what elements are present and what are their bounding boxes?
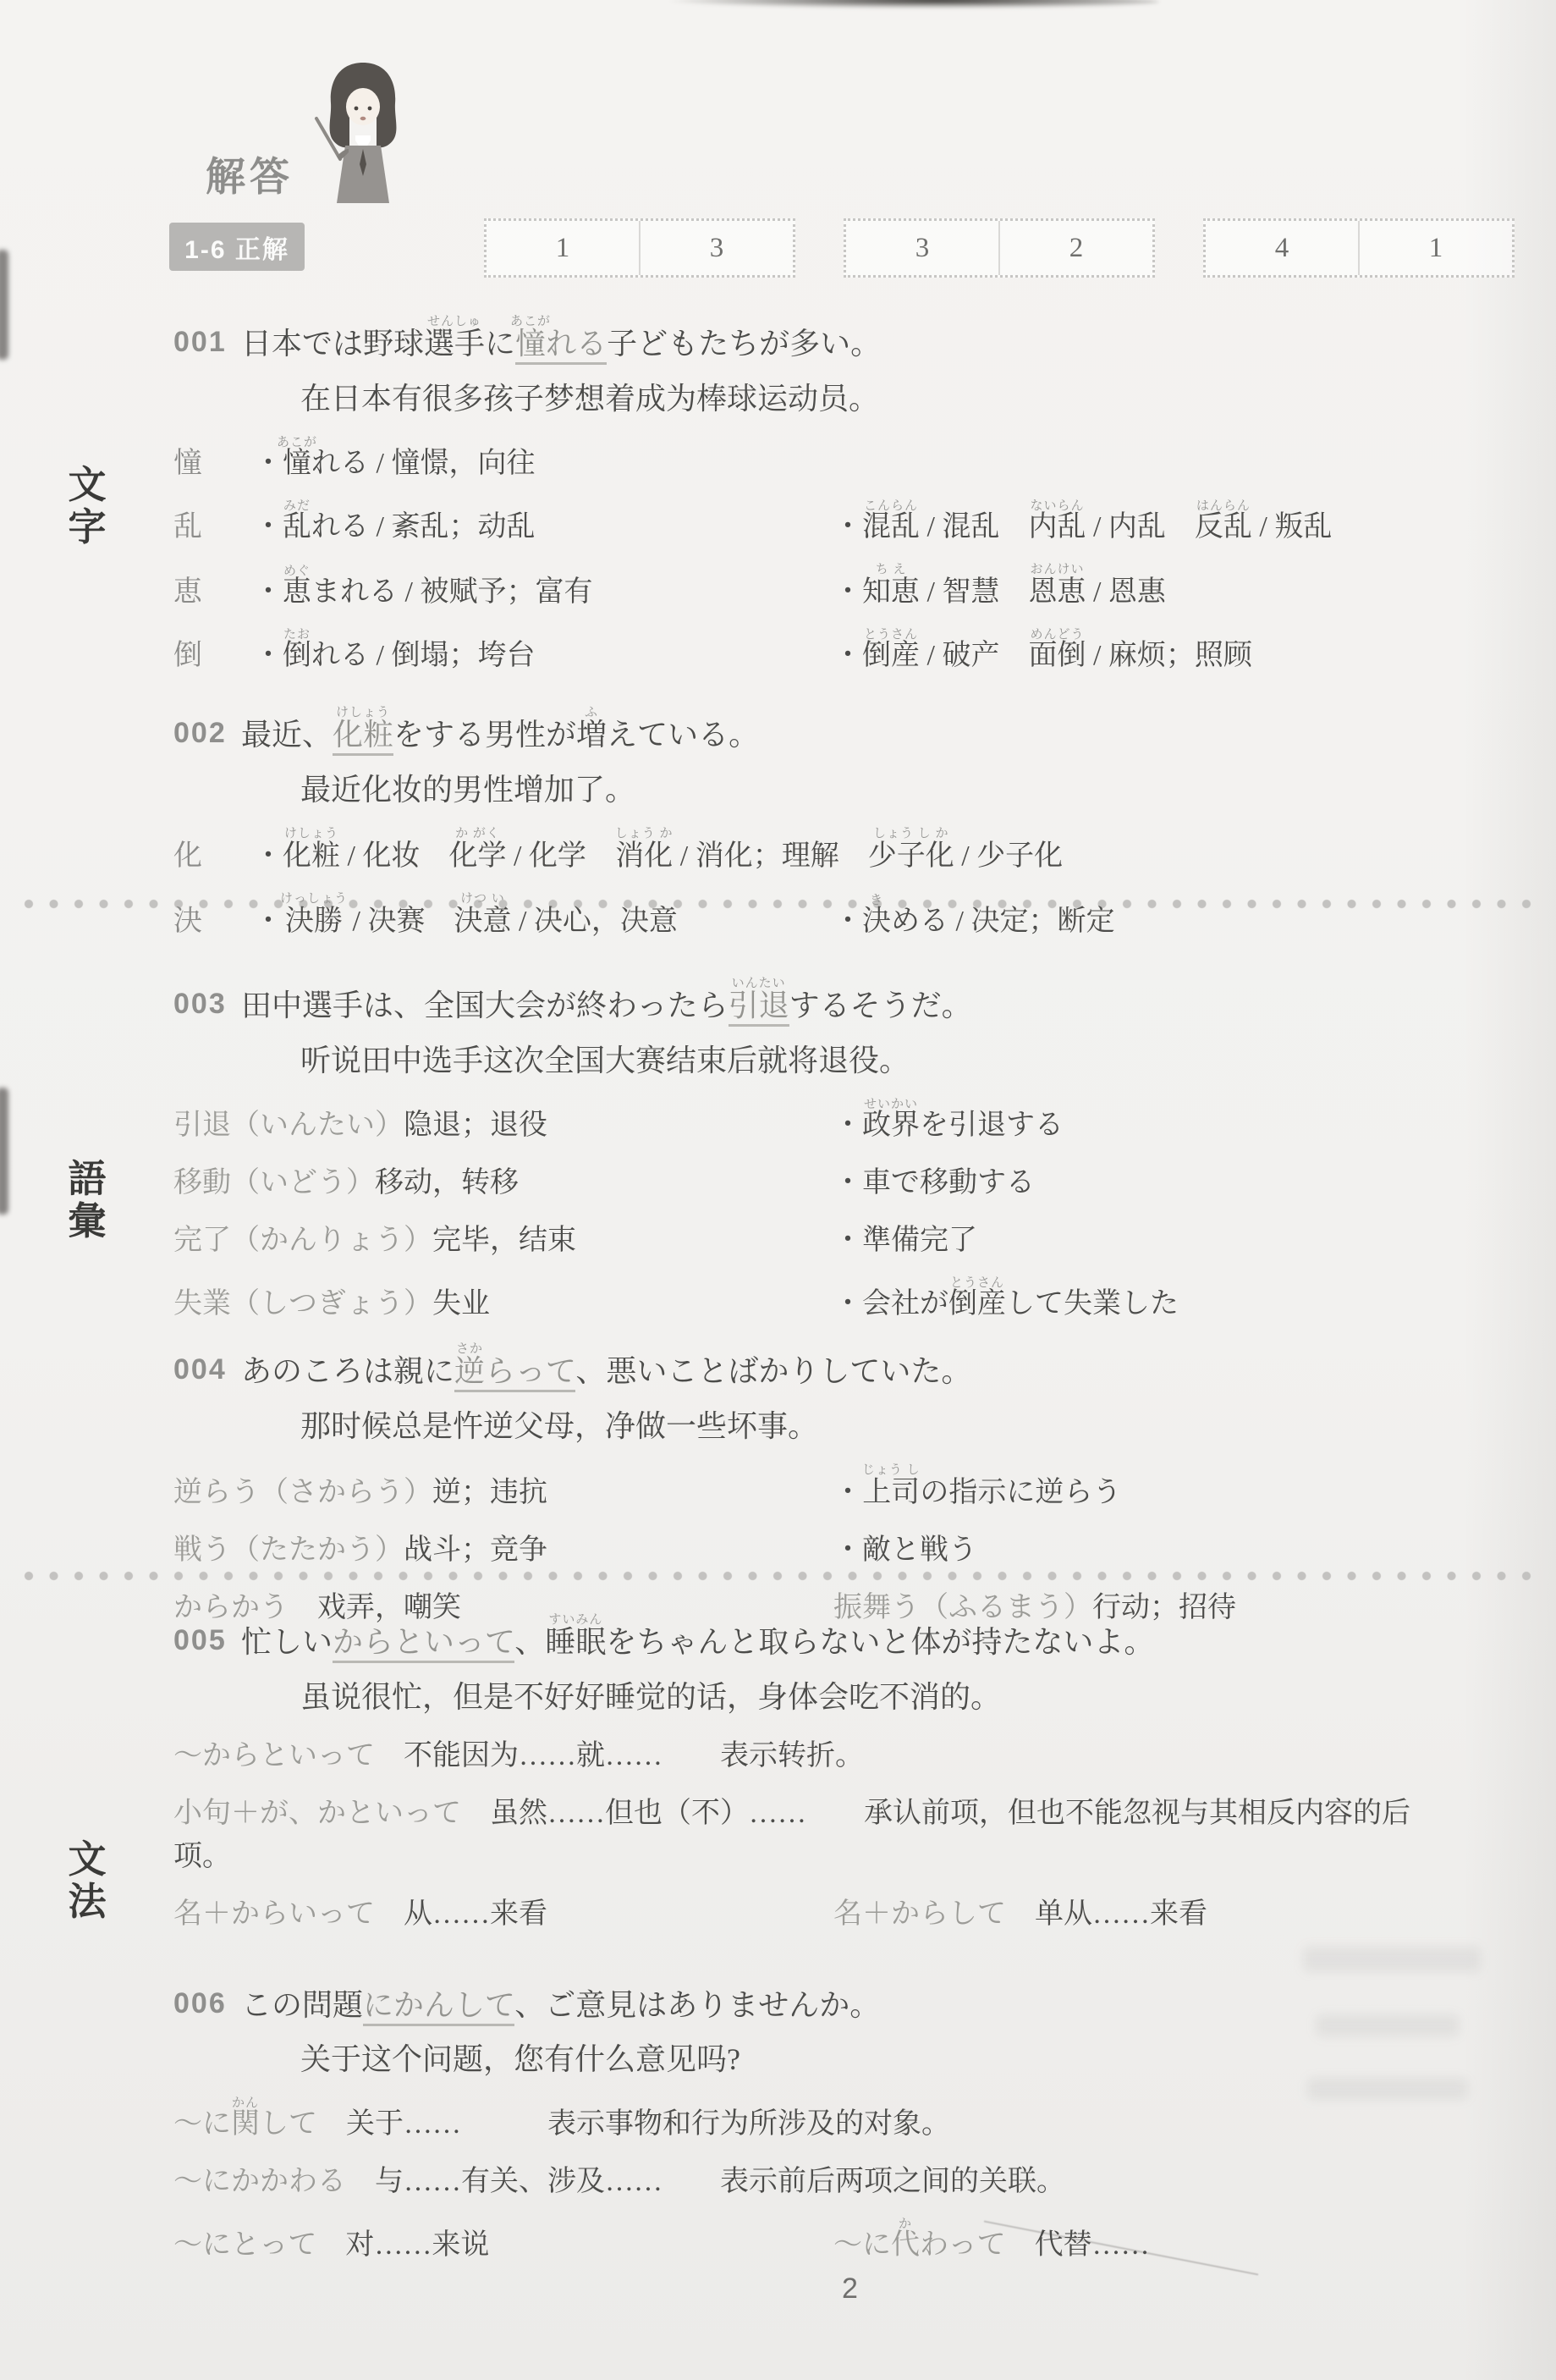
ruby-base: 面倒	[1028, 640, 1086, 671]
kanji-label: 恵	[173, 570, 254, 614]
ruby-term: 化粧けしょう	[283, 840, 340, 872]
furigana: おんけい	[1028, 563, 1086, 576]
text-segment: ～からといって	[173, 1740, 375, 1771]
side-tab-char: 文	[64, 1838, 110, 1881]
vocab-row: 恵・恵めぐまれる / 被赋予；富有・知恵ち え / 智慧 恩恵おんけい / 恩惠	[173, 563, 1443, 614]
furigana: ふ	[576, 706, 607, 719]
ruby-base: 内乱	[1028, 511, 1086, 543]
vocab-rows: 逆らう（さからう）逆；违抗・上司じょう しの指示に逆らう戦う（たたかう）战斗；竞…	[173, 1463, 1443, 1629]
text-segment: 田中選手は、全国大会が終わったら	[241, 989, 729, 1022]
row-left: 移動（いどう）移动，转移	[173, 1161, 833, 1204]
furigana: き	[862, 894, 891, 907]
kanji-label: 憧	[173, 442, 254, 485]
text-segment: 忙しい	[241, 1625, 333, 1659]
text-segment: して	[260, 2108, 317, 2140]
ruby-term: 乱みだ	[283, 511, 311, 543]
row-left: ・憧あこがれる / 憧憬，向往	[254, 436, 1443, 485]
sentence-line: 006 この問題にかんして、ご意見はありませんか。	[173, 1981, 1443, 2030]
text-segment: ・	[254, 511, 283, 543]
ruby-base: 少子化	[868, 840, 954, 872]
text-segment: えている。	[607, 718, 759, 752]
ruby-base: 倒	[283, 640, 311, 671]
text-segment: ・	[254, 640, 283, 671]
side-tab-char: 字	[64, 506, 110, 548]
row-right: ・準備完了	[833, 1219, 1443, 1262]
textbook-page: 解答 1-6 正解 133241 文字語彙文法 001 日本では野球選手せんしゅ…	[0, 0, 1556, 2380]
scan-artifact-left	[0, 1088, 8, 1215]
furigana: ないらん	[1028, 499, 1086, 513]
text-segment: わって	[920, 2229, 1006, 2261]
furigana: みだ	[283, 499, 311, 513]
furigana: あこが	[510, 315, 551, 328]
sentence-line: 003 田中選手は、全国大会が終わったら引退いんたいするそうだ。	[173, 977, 1443, 1031]
ruby-term: 逆さか	[454, 1354, 485, 1392]
text-segment: をちゃんと取らないと体が持たないよ。	[606, 1625, 1154, 1659]
cn-translation: 关于这个问题，您有什么意见吗?	[300, 2036, 1443, 2082]
row-left: 戦う（たたかう）战斗；竞争	[173, 1529, 833, 1572]
text-segment: 子どもたちが多い。	[607, 327, 881, 361]
text-segment: からといって	[333, 1625, 514, 1663]
ruby-term: 倒産とうさん	[948, 1288, 1006, 1319]
text-segment: 、	[514, 1625, 545, 1659]
scan-artifact-left	[0, 250, 8, 360]
kanji-label: 決	[173, 900, 254, 943]
row-right: ・上司じょう しの指示に逆らう	[833, 1463, 1443, 1514]
text-segment: 隐退；退役	[404, 1110, 547, 1141]
text-segment: ・	[833, 1110, 862, 1141]
text-segment: するそうだ。	[789, 989, 972, 1022]
text-segment: ・車で移動する	[833, 1167, 1035, 1198]
bleed-through-artifact	[1303, 1947, 1481, 1972]
vocab-row: 倒・倒たおれる / 倒塌；垮台・倒産とうさん / 破产 面倒めんどう / 麻烦；…	[173, 628, 1443, 677]
text-segment: / 麻烦；照顾	[1086, 640, 1251, 671]
furigana: とうさん	[948, 1276, 1006, 1290]
answer-box-1: 13	[484, 218, 795, 278]
jp-sentence: 日本では野球選手せんしゅに憧あこがれる子どもたちが多い。	[241, 315, 1443, 369]
text-segment: 移動（いどう）	[173, 1167, 375, 1198]
side-tab-char: 文	[64, 464, 110, 506]
furigana: けしょう	[333, 706, 393, 719]
ruby-base: 化粧	[333, 718, 393, 752]
section-number: 005	[173, 1617, 241, 1667]
answer-cell: 4	[1206, 221, 1358, 275]
furigana: めんどう	[1028, 628, 1086, 642]
ruby-term: 憧あこが	[515, 327, 546, 365]
text-segment: ・	[254, 840, 283, 872]
text-segment: 日本では野球	[241, 327, 424, 361]
text-segment: ・	[254, 576, 283, 608]
ruby-base: 化学	[448, 840, 506, 872]
furigana: せんしゅ	[424, 315, 485, 328]
row-left: 小句＋が、かといって 虽然……但也（不）…… 承认前项，但也不能忽视与其相反内容…	[173, 1792, 1443, 1878]
furigana: しょう か	[615, 827, 674, 840]
sentence-line: 001 日本では野球選手せんしゅに憧あこがれる子どもたちが多い。	[173, 315, 1443, 369]
ruby-base: 憧	[510, 327, 551, 361]
ruby-base: 引退	[729, 989, 789, 1022]
text-segment: にかんして	[363, 1988, 514, 2026]
vocab-row: ～にとって 对……来说～に代かわって 代替……	[173, 2217, 1443, 2267]
furigana: しょう し か	[868, 827, 954, 840]
text-segment: / 化学	[506, 840, 614, 872]
ruby-term: 選手せんしゅ	[424, 327, 485, 361]
row-right: ・政界せいかいを引退する	[833, 1098, 1443, 1147]
text-segment: める / 决定；断定	[891, 906, 1114, 937]
text-segment: 、ご意見はありませんか。	[514, 1988, 880, 2022]
row-left: ・乱みだれる / 紊乱；动乱	[254, 499, 833, 548]
row-right: 名＋からして 单从……来看	[833, 1892, 1443, 1936]
row-right: ・会社が倒産とうさんして失業した	[833, 1276, 1443, 1325]
text-segment: あのころは親に	[241, 1354, 454, 1388]
row-right: ～に代かわって 代替……	[833, 2217, 1443, 2267]
ruby-base: 関	[231, 2108, 260, 2140]
ruby-base: 逆	[454, 1354, 485, 1388]
text-segment: ～に	[173, 2108, 231, 2140]
answer-box-3: 41	[1203, 218, 1515, 278]
teacher-girl-illustration	[311, 58, 415, 212]
text-segment: ・	[833, 511, 862, 543]
section-number: 002	[173, 710, 241, 759]
ruby-base: 知恵	[862, 576, 920, 608]
ruby-term: 引退いんたい	[729, 989, 789, 1027]
answer-box-2: 32	[844, 218, 1155, 278]
text-segment: ・準備完了	[833, 1225, 977, 1256]
furigana: かん	[231, 2096, 260, 2110]
side-tab-char: 語	[64, 1158, 110, 1200]
vocab-row: 小句＋が、かといって 虽然……但也（不）…… 承认前项，但也不能忽视与其相反内容…	[173, 1792, 1443, 1878]
kanji-label: 乱	[173, 505, 254, 548]
cn-translation: 虽说很忙，但是不好好睡觉的话，身体会吃不消的。	[300, 1674, 1443, 1720]
text-segment: 代替……	[1006, 2229, 1150, 2261]
ruby-base: 乱	[283, 511, 311, 543]
furigana: さか	[454, 1342, 485, 1356]
cn-translation: 在日本有很多孩子梦想着成为棒球运动员。	[300, 376, 1443, 421]
ruby-base: 政界	[862, 1110, 920, 1141]
answer-row: 133241	[484, 218, 1515, 278]
text-segment: 单从……来看	[1006, 1898, 1207, 1930]
vocab-rows: ～からといって 不能因为……就…… 表示转折。小句＋が、かといって 虽然……但也…	[173, 1734, 1443, 1936]
vocab-row: 決・決勝けっしょう / 决赛 決意けつ い / 决心，决意・決きめる / 决定；…	[173, 892, 1443, 943]
row-left: ～にかかわる 与……有关、涉及…… 表示前后两项之间的关联。	[173, 2160, 1443, 2203]
ruby-term: 決勝けっしょう	[283, 906, 345, 937]
ruby-term: 消化しょう か	[615, 840, 673, 872]
ruby-term: 反乱はんらん	[1195, 511, 1252, 543]
section-004: 004 あのころは親に逆さからって、悪いことばかりしていた。 那时候总是忤逆父母…	[173, 1342, 1443, 1629]
answer-key-label: 1-6 正解	[169, 223, 305, 271]
furigana: ち え	[862, 563, 920, 576]
side-tab-goi: 語彙	[64, 1158, 110, 1242]
row-left: 引退（いんたい）隐退；退役	[173, 1104, 833, 1147]
row-right: ・倒産とうさん / 破产 面倒めんどう / 麻烦；照顾	[833, 628, 1443, 677]
text-segment: 名＋からして	[833, 1898, 1006, 1930]
answer-cell: 1	[487, 221, 639, 275]
text-segment: を引退する	[920, 1110, 1064, 1141]
cn-translation: 最近化妆的男性增加了。	[300, 767, 1443, 813]
section-number: 006	[173, 1981, 241, 2030]
text-segment: 失业	[432, 1288, 490, 1319]
row-right: ・決きめる / 决定；断定	[833, 894, 1443, 943]
vocab-rows: 憧・憧あこがれる / 憧憬，向往乱・乱みだれる / 紊乱；动乱・混乱こんらん /…	[173, 436, 1443, 677]
sentence-line: 002 最近、化粧けしょうをする男性が増ふえている。	[173, 706, 1443, 760]
text-segment: ・会社が	[833, 1288, 948, 1319]
row-right: ・知恵ち え / 智慧 恩恵おんけい / 恩惠	[833, 563, 1443, 614]
text-segment: / 内乱	[1086, 511, 1194, 543]
furigana: か がく	[448, 827, 506, 840]
row-right: ・車で移動する	[833, 1161, 1443, 1204]
text-segment: ・	[254, 906, 283, 937]
ruby-base: 上司	[862, 1477, 921, 1508]
ruby-term: 化粧けしょう	[333, 718, 393, 756]
ruby-base: 恩恵	[1028, 576, 1086, 608]
sentence-line: 005 忙しいからといって、睡眠すいみんをちゃんと取らないと体が持たないよ。	[173, 1613, 1443, 1667]
teacher-girl-svg	[311, 58, 415, 208]
ruby-term: 睡眠すいみん	[545, 1625, 606, 1659]
row-left: ～にとって 对……来说	[173, 2223, 833, 2267]
row-left: ・恵めぐまれる / 被赋予；富有	[254, 565, 833, 614]
ruby-term: 恩恵おんけい	[1028, 576, 1086, 608]
vocab-row: 引退（いんたい）隐退；退役・政界せいかいを引退する	[173, 1098, 1443, 1147]
text-segment: この問題	[241, 1988, 363, 2022]
ruby-base: 選手	[424, 327, 485, 361]
sentence-line: 004 あのころは親に逆さからって、悪いことばかりしていた。	[173, 1342, 1443, 1397]
text-segment: して失業した	[1006, 1288, 1179, 1319]
furigana: めぐ	[283, 565, 311, 578]
side-tab-bunpo: 文法	[64, 1838, 110, 1922]
text-segment: 戦う（たたかう）	[173, 1534, 404, 1566]
row-left: 名＋からいって 从……来看	[173, 1892, 833, 1936]
furigana: はんらん	[1195, 499, 1252, 513]
answer-cell: 2	[998, 221, 1152, 275]
side-tab-char: 彙	[64, 1200, 110, 1242]
furigana: たお	[283, 628, 311, 642]
text-segment: 最近、	[241, 718, 333, 752]
jp-sentence: 忙しいからといって、睡眠すいみんをちゃんと取らないと体が持たないよ。	[241, 1613, 1443, 1667]
ruby-term: 政界せいかい	[862, 1110, 920, 1141]
ruby-base: 化粧	[283, 840, 340, 872]
jp-sentence: この問題にかんして、ご意見はありませんか。	[241, 1981, 1443, 2030]
ruby-base: 倒産	[948, 1288, 1006, 1319]
scan-artifact-top	[668, 0, 1159, 8]
section-number: 003	[173, 981, 241, 1030]
row-left: 完了（かんりょう）完毕，结束	[173, 1219, 833, 1262]
page-number: 2	[842, 2273, 858, 2306]
row-left: ・化粧けしょう / 化妆 化学か がく / 化学 消化しょう か / 消化；理解…	[254, 827, 1443, 878]
text-segment: / 破产	[920, 640, 1028, 671]
ruby-term: 決意けつ い	[454, 906, 511, 937]
text-segment: 逆；违抗	[432, 1477, 547, 1508]
answers-heading: 解答	[206, 146, 294, 202]
ruby-term: 倒産とうさん	[862, 640, 920, 671]
side-tab-char: 法	[64, 1881, 110, 1923]
text-segment: 战斗；竞争	[404, 1534, 547, 1566]
text-segment: ・	[833, 906, 862, 937]
vocab-row: 失業（しつぎょう）失业・会社が倒産とうさんして失業した	[173, 1276, 1443, 1325]
vocab-row: ～にかかわる 与……有关、涉及…… 表示前后两项之间的关联。	[173, 2160, 1443, 2203]
ruby-term: 少子化しょう し か	[868, 840, 954, 872]
text-segment: ・敵と戦う	[833, 1534, 977, 1566]
ruby-term: 代か	[891, 2229, 920, 2261]
vocab-rows: 化・化粧けしょう / 化妆 化学か がく / 化学 消化しょう か / 消化；理…	[173, 827, 1443, 943]
ruby-base: 増	[576, 718, 607, 752]
text-segment: れる / 紊乱；动乱	[311, 511, 535, 543]
ruby-term: 倒たお	[283, 640, 311, 671]
text-segment: 小句＋が、かといって	[173, 1798, 461, 1829]
text-segment: 移动，转移	[375, 1167, 519, 1198]
vocab-row: ～からといって 不能因为……就…… 表示转折。	[173, 1734, 1443, 1777]
vocab-row: 化・化粧けしょう / 化妆 化学か がく / 化学 消化しょう か / 消化；理…	[173, 827, 1443, 878]
ruby-term: 面倒めんどう	[1028, 640, 1086, 671]
text-segment: / 智慧	[920, 576, 1028, 608]
ruby-base: 消化	[615, 840, 674, 872]
text-segment: 引退（いんたい）	[173, 1110, 404, 1141]
furigana: せいかい	[862, 1098, 920, 1111]
text-segment: 与……有关、涉及…… 表示前后两项之间的关联。	[346, 2166, 1065, 2197]
ruby-base: 睡眠	[545, 1625, 606, 1659]
section-002: 002 最近、化粧けしょうをする男性が増ふえている。 最近化妆的男性增加了。 化…	[173, 706, 1443, 943]
ruby-term: 内乱ないらん	[1028, 511, 1086, 543]
furigana: いんたい	[729, 977, 789, 990]
cn-translation: 听说田中选手这次全国大赛结束后就将退役。	[300, 1038, 1443, 1083]
side-tab-moji: 文字	[64, 464, 110, 548]
answer-cell: 3	[639, 221, 793, 275]
row-right: ・敵と戦う	[833, 1529, 1443, 1572]
ruby-base: 決意	[454, 906, 511, 937]
text-segment: / 化妆	[340, 840, 448, 872]
section-006: 006 この問題にかんして、ご意見はありませんか。 关于这个问题，您有什么意见吗…	[173, 1981, 1443, 2267]
text-segment: 对……来说	[316, 2229, 489, 2261]
row-left: ～からといって 不能因为……就…… 表示转折。	[173, 1734, 1443, 1777]
ruby-base: 決	[862, 906, 891, 937]
furigana: か	[891, 2217, 920, 2231]
text-segment: / 决心，决意	[511, 906, 677, 937]
kanji-label: 倒	[173, 634, 254, 677]
text-segment: れる / 倒塌；垮台	[311, 640, 535, 671]
ruby-term: 上司じょう し	[862, 1477, 920, 1508]
text-segment: まれる / 被赋予；富有	[311, 576, 592, 608]
row-left: 失業（しつぎょう）失业	[173, 1282, 833, 1325]
row-right: ・混乱こんらん / 混乱 内乱ないらん / 内乱 反乱はんらん / 叛乱	[833, 499, 1443, 548]
furigana: すいみん	[545, 1613, 606, 1627]
text-segment: / 消化；理解	[673, 840, 867, 872]
text-segment: れる / 憧憬，向往	[311, 448, 535, 479]
text-segment: / 叛乱	[1252, 511, 1332, 543]
vocab-row: 憧・憧あこがれる / 憧憬，向往	[173, 436, 1443, 485]
ruby-base: 混乱	[862, 511, 920, 543]
vocab-row: 名＋からいって 从……来看名＋からして 单从……来看	[173, 1892, 1443, 1936]
text-segment: 完了（かんりょう）	[173, 1225, 432, 1256]
text-segment: 名＋からいって	[173, 1898, 375, 1930]
text-segment: ・	[833, 576, 862, 608]
text-segment: 失業（しつぎょう）	[173, 1288, 432, 1319]
section-003: 003 田中選手は、全国大会が終わったら引退いんたいするそうだ。 听说田中选手这…	[173, 977, 1443, 1325]
text-segment: ～に	[833, 2229, 891, 2261]
text-segment: ～にとって	[173, 2229, 316, 2261]
furigana: こんらん	[862, 499, 920, 513]
vocab-row: 戦う（たたかう）战斗；竞争・敵と戦う	[173, 1529, 1443, 1572]
page-edge-shade	[1463, 0, 1556, 2380]
row-left: 逆らう（さからう）逆；违抗	[173, 1471, 833, 1514]
text-segment: をする男性が	[393, 718, 576, 752]
text-segment: / 决赛	[345, 906, 454, 937]
vocab-row: ～に関かんして 关于…… 表示事物和行为所涉及的对象。	[173, 2096, 1443, 2146]
section-001: 001 日本では野球選手せんしゅに憧あこがれる子どもたちが多い。 在日本有很多孩…	[173, 315, 1443, 677]
row-left: ～に関かんして 关于…… 表示事物和行为所涉及的对象。	[173, 2096, 1443, 2146]
text-segment: 完毕，结束	[432, 1225, 576, 1256]
jp-sentence: 最近、化粧けしょうをする男性が増ふえている。	[241, 706, 1443, 760]
furigana: とうさん	[862, 628, 920, 642]
text-segment: 关于…… 表示事物和行为所涉及的对象。	[317, 2108, 950, 2140]
text-segment: 、悪いことばかりしていた。	[575, 1354, 971, 1388]
cn-translation: 那时候总是忤逆父母，净做一些坏事。	[300, 1403, 1443, 1449]
vocab-row: 移動（いどう）移动，转移・車で移動する	[173, 1161, 1443, 1204]
furigana: あこが	[277, 436, 317, 449]
row-left: ・決勝けっしょう / 决赛 決意けつ い / 决心，决意	[254, 892, 833, 943]
text-segment: ・	[833, 1477, 862, 1508]
section-005: 005 忙しいからといって、睡眠すいみんをちゃんと取らないと体が持たないよ。 虽…	[173, 1613, 1443, 1936]
ruby-term: 化学か がく	[448, 840, 506, 872]
furigana: けつ い	[454, 892, 511, 906]
ruby-term: 恵めぐ	[283, 576, 311, 608]
vocab-rows: 引退（いんたい）隐退；退役・政界せいかいを引退する移動（いどう）移动，转移・車で…	[173, 1098, 1443, 1325]
vocab-rows: ～に関かんして 关于…… 表示事物和行为所涉及的对象。～にかかわる 与……有关、…	[173, 2096, 1443, 2267]
row-left: ・倒たおれる / 倒塌；垮台	[254, 628, 833, 677]
text-segment: ～にかかわる	[173, 2166, 346, 2197]
kanji-label: 化	[173, 835, 254, 878]
text-segment: 从……来看	[375, 1898, 547, 1930]
ruby-term: 知恵ち え	[862, 576, 920, 608]
jp-sentence: 田中選手は、全国大会が終わったら引退いんたいするそうだ。	[241, 977, 1443, 1031]
ruby-base: 代	[891, 2229, 920, 2261]
text-segment: / 混乱	[920, 511, 1028, 543]
ruby-base: 決勝	[280, 906, 348, 937]
ruby-term: 憧あこが	[283, 448, 311, 479]
vocab-row: 逆らう（さからう）逆；违抗・上司じょう しの指示に逆らう	[173, 1463, 1443, 1514]
text-segment: ・	[833, 640, 862, 671]
text-segment: らって	[485, 1354, 575, 1392]
text-segment: 不能因为……就…… 表示转折。	[375, 1740, 864, 1771]
ruby-base: 恵	[283, 576, 311, 608]
text-segment: の指示に逆らう	[920, 1477, 1121, 1508]
ruby-term: 混乱こんらん	[862, 511, 920, 543]
text-segment: 逆らう（さからう）	[173, 1477, 432, 1508]
text-segment: / 恩惠	[1086, 576, 1165, 608]
furigana: けしょう	[283, 827, 340, 840]
jp-sentence: あのころは親に逆さからって、悪いことばかりしていた。	[241, 1342, 1443, 1397]
answer-cell: 1	[1358, 221, 1512, 275]
furigana: けっしょう	[280, 892, 348, 906]
ruby-term: 決き	[862, 906, 891, 937]
vocab-row: 完了（かんりょう）完毕，结束・準備完了	[173, 1219, 1443, 1262]
text-segment: / 少子化	[954, 840, 1063, 872]
ruby-base: 反乱	[1195, 511, 1252, 543]
furigana: じょう し	[862, 1463, 921, 1477]
ruby-term: 増ふ	[576, 718, 607, 752]
text-segment: れる	[546, 327, 607, 365]
section-number: 004	[173, 1347, 241, 1396]
ruby-base: 倒産	[862, 640, 920, 671]
vocab-row: 乱・乱みだれる / 紊乱；动乱・混乱こんらん / 混乱 内乱ないらん / 内乱 …	[173, 499, 1443, 548]
ruby-term: 関かん	[231, 2108, 260, 2140]
answer-cell: 3	[846, 221, 998, 275]
section-number: 001	[173, 319, 241, 368]
